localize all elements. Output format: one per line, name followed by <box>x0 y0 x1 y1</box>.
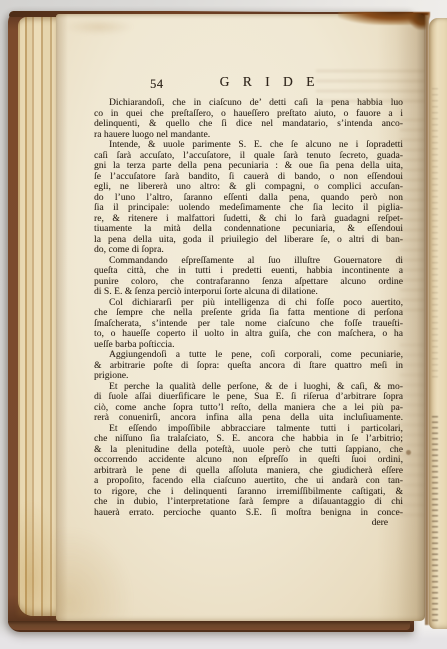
facing-page-edge <box>429 18 447 629</box>
photograph-background: 54 G R I D E Dichiarandoſi, che in ciaſc… <box>0 0 447 649</box>
text-line: Intende, & uuole parimente S. E. che ſe … <box>94 140 403 151</box>
facing-page-text-glimpse <box>432 88 438 378</box>
text-line: egli, ne libererà uno altro: & gli compa… <box>94 182 403 193</box>
text-line: Aggiungendoſi a tutte le pene, coſi corp… <box>94 350 403 361</box>
paper-stain <box>54 529 132 619</box>
text-line: occorrendo accidente alcuno non eſpreſſo… <box>94 455 403 466</box>
text-line: & la plenitudine della poteſtà, uuole pe… <box>94 445 403 456</box>
text-line: gni la terza parte della pena pecuniaria… <box>94 161 403 172</box>
text-line: hauerà errato. percioche quanto S.E. ſi … <box>94 508 403 519</box>
running-title: G R I D E <box>115 74 424 90</box>
text-line: che in dubio, l’interpretatione ſarà ſem… <box>94 497 403 508</box>
text-line: to, o haueſſe coperto il uolto in altra … <box>94 329 403 340</box>
text-line: tiuamente la mità della condennatione pe… <box>94 224 403 235</box>
text-line: delinquenti, & quello che ſi dice nel ma… <box>94 119 403 130</box>
text-line: a propoſito, facendo ella ciaſcuno auert… <box>94 476 403 487</box>
text-line: ſmaſcherata, s’intende per tale nome cia… <box>94 319 403 330</box>
text-line: che ſempre che nella preſente grida ſia … <box>94 308 403 319</box>
text-line: ſe l’accuſatore ſarà bandito, ſi cauerà … <box>94 172 403 183</box>
text-line: ueſſe barba poſticcia. <box>94 340 403 351</box>
text-line: Et perche la qualità delle perſone, & de… <box>94 382 403 393</box>
text-line: prigione. <box>94 371 403 382</box>
text-line: do, come di ſopra. <box>94 245 403 256</box>
paper-stain <box>64 19 134 35</box>
ink-speck <box>406 450 411 455</box>
text-line: ra hauere luogo nel mandante. <box>94 130 403 141</box>
text-line: di S. E. & ſenza perciò interporui ſorte… <box>94 287 403 298</box>
text-line: Dichiarandoſi, che in ciaſcuno de’ detti… <box>94 98 403 109</box>
text-line: ciò, come anche ſopra tutto’l reſto, del… <box>94 403 403 414</box>
text-line: do l’uno l’altro, ſaranno eſſenti dalla … <box>94 193 403 204</box>
running-header: 54 G R I D E <box>94 74 403 90</box>
text-line: Col dichiararſi per più intelligenza di … <box>94 298 403 309</box>
text-line: to rigore, che i delinquenti ſaranno irr… <box>94 487 403 498</box>
showthrough-text <box>400 119 424 319</box>
text-line: di ſuole aſſai diuerſificare le pene, Su… <box>94 392 403 403</box>
text-line: re, & ritenere i malfattori ſudetti, & c… <box>94 214 403 225</box>
text-line: la pena della uita, goda il priuilegio d… <box>94 235 403 246</box>
text-line: caſi ſarà accuſato, l’accuſatore, il qua… <box>94 151 403 162</box>
showthrough-text <box>400 344 424 524</box>
printed-page-content: 54 G R I D E Dichiarandoſi, che in ciaſc… <box>94 74 403 529</box>
text-line: ſia il principale: uolendo medeſimamente… <box>94 203 403 214</box>
text-line: che niſſuno ſia tralaſciato, S. E. ancor… <box>94 434 403 445</box>
text-line: Et eſſendo impoſſibile abbracciare talme… <box>94 424 403 435</box>
text-line: Commandando eſpreſſamente al ſuo illuſtr… <box>94 256 403 267</box>
body-text-block: Dichiarandoſi, che in ciaſcuno de’ detti… <box>94 98 403 518</box>
text-line: punire coloro, che contrafaranno ſenza a… <box>94 277 403 288</box>
text-line: & arbitrarie poſte di ſopra: queſta anco… <box>94 361 403 372</box>
text-line: arbitrarà le pene di quella aſſoluta man… <box>94 466 403 477</box>
book-page: 54 G R I D E Dichiarandoſi, che in ciaſc… <box>56 14 425 621</box>
cover-bottom-edge <box>8 621 410 630</box>
catchword: dere <box>94 518 403 529</box>
facing-page-text-glimpse <box>432 416 438 624</box>
text-line: co in quei che preſtaſſero, o haueſſero … <box>94 109 403 120</box>
text-line: rerà conuenirſi, ancora infina alla pena… <box>94 413 403 424</box>
scorch-stain <box>338 12 430 25</box>
text-line: queſta città, che in tutti i predetti eu… <box>94 266 403 277</box>
